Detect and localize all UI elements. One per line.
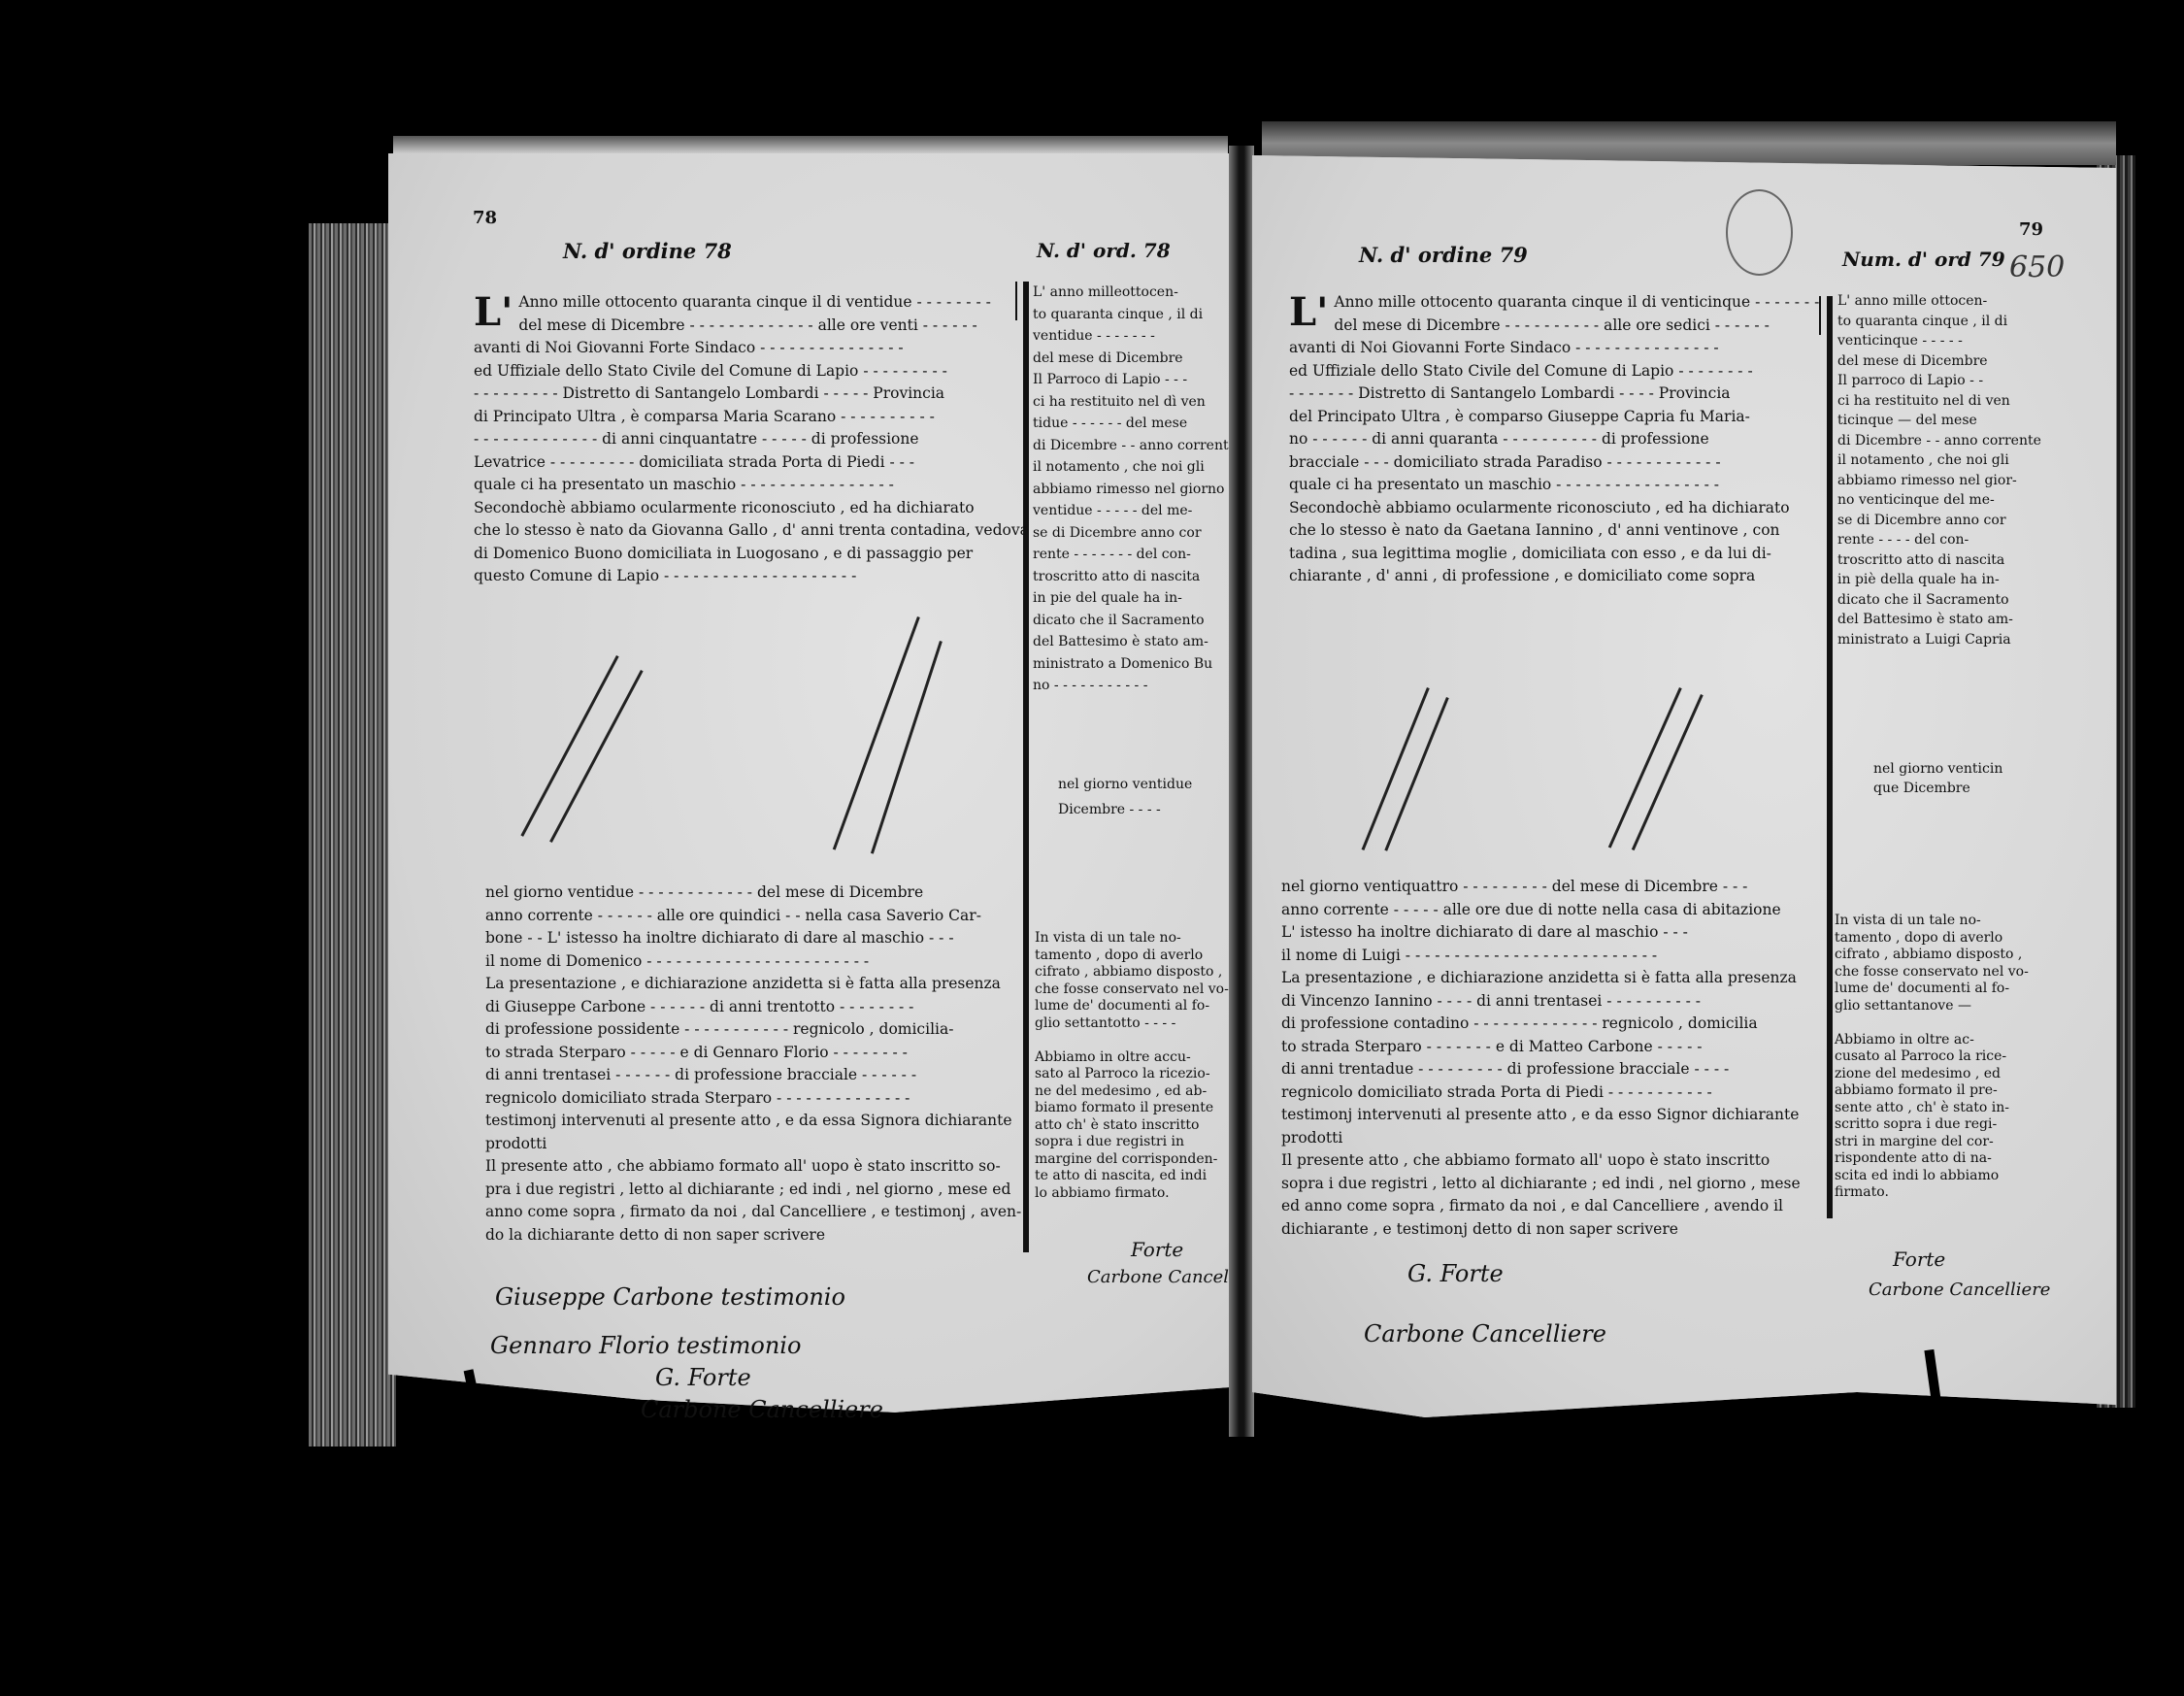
left-margin-signature-forte: Forte	[1131, 1238, 1183, 1261]
text-line: to quaranta cinque , il di	[1033, 304, 1237, 326]
signature-chancellor: Carbone Cancelliere	[641, 1396, 883, 1423]
right-margin-closing-lines: In vista di un tale no-tamento , dopo di…	[1835, 913, 2029, 1202]
text-line: del Battesimo è stato am-	[1837, 610, 2032, 630]
text-line: glio settantotto - - - -	[1035, 1015, 1239, 1033]
text-line: ci ha restituito nel dì ven	[1033, 391, 1237, 414]
text-line: In vista di un tale no-	[1035, 930, 1239, 948]
text-line: lume de' documenti al fo-	[1035, 998, 1239, 1015]
text-line	[1835, 1014, 2029, 1032]
text-line: chiarante , d' anni , di professione , e…	[1289, 565, 1823, 588]
text-line: ed Uffiziale dello Stato Civile del Comu…	[474, 360, 1017, 383]
stamp-mark	[1726, 189, 1793, 276]
text-line: ticinque — del mese	[1837, 411, 2032, 431]
text-line: ne del medesimo , ed ab-	[1035, 1083, 1239, 1101]
text-line: del mese di Dicembre - - - - - - - - - -…	[474, 315, 1017, 338]
text-line: di Giuseppe Carbone - - - - - - di anni …	[485, 996, 1029, 1019]
left-margin-header: N. d' ord. 78	[1037, 239, 1171, 262]
text-line: no - - - - - - di anni quaranta - - - - …	[1289, 428, 1823, 451]
text-line: Il parroco di Lapio - -	[1837, 371, 2032, 391]
text-line: di anni trentasei - - - - - - di profess…	[485, 1064, 1029, 1087]
right-margin-baptism-lines: nel giorno venticinque Dicembre	[1873, 759, 2038, 798]
text-line: il nome di Luigi - - - - - - - - - - - -…	[1281, 945, 1825, 968]
text-line: che fosse conservato nel vo-	[1035, 981, 1239, 999]
text-line: lume de' documenti al fo-	[1835, 981, 2029, 998]
text-line: sopra i due registri , letto al dichiara…	[1281, 1173, 1825, 1196]
text-line: - - - - - - - - - Distretto di Santangel…	[474, 382, 1017, 406]
text-line: di Dicembre - - anno corrente	[1837, 431, 2032, 451]
left-margin-lines: L' anno milleottocen-to quaranta cinque …	[1033, 282, 1237, 697]
left-page-number: 78	[473, 208, 497, 228]
right-main-act-lines: Anno mille ottocento quaranta cinque il …	[1289, 291, 1823, 588]
text-line: questo Comune di Lapio - - - - - - - - -…	[474, 565, 1017, 588]
text-line: di Vincenzo Iannino - - - - di anni tren…	[1281, 990, 1825, 1014]
text-line: La presentazione , e dichiarazione anzid…	[1281, 967, 1825, 990]
left-main-act-continued: nel giorno ventidue - - - - - - - - - - …	[485, 881, 1029, 1247]
text-line: pra i due registri , letto al dichiarant…	[485, 1179, 1029, 1202]
text-line: nel giorno venticin	[1873, 759, 2038, 779]
text-line: margine del corrisponden-	[1035, 1151, 1239, 1169]
text-line: que Dicembre	[1873, 779, 2038, 798]
text-line: abbiamo formato il pre-	[1835, 1082, 2029, 1100]
text-line: regnicolo domiciliato strada Porta di Pi…	[1281, 1081, 1825, 1105]
right-main-act: L' Anno mille ottocento quaranta cinque …	[1289, 291, 1823, 588]
text-line: do la dichiarante detto di non saper scr…	[485, 1224, 1029, 1247]
text-line: abbiamo rimesso nel gior-	[1837, 471, 2032, 491]
text-line: dicato che il Sacramento	[1033, 610, 1237, 632]
text-line: Il Parroco di Lapio - - -	[1033, 369, 1237, 391]
text-line: glio settantanove —	[1835, 998, 2029, 1015]
signature-witness-1: Giuseppe Carbone testimonio	[495, 1283, 845, 1311]
text-line: Secondochè abbiamo ocularmente riconosci…	[1289, 497, 1823, 520]
signature-mayor: G. Forte	[1407, 1260, 1504, 1287]
signature-mayor: G. Forte	[655, 1364, 751, 1391]
text-line: L' istesso ha inoltre dichiarato di dare…	[1281, 921, 1825, 945]
text-line: se di Dicembre anno cor	[1033, 522, 1237, 545]
text-line: to strada Sterparo - - - - - e di Gennar…	[485, 1042, 1029, 1065]
text-line: ed Uffiziale dello Stato Civile del Comu…	[1289, 360, 1823, 383]
left-margin-note: L' anno milleottocen-to quaranta cinque …	[1033, 282, 1237, 697]
text-line: Anno mille ottocento quaranta cinque il …	[474, 291, 1017, 315]
text-line: prodotti	[485, 1133, 1029, 1156]
text-line: Anno mille ottocento quaranta cinque il …	[1289, 291, 1823, 315]
text-line: bracciale - - - domiciliato strada Parad…	[1289, 451, 1823, 475]
text-line: il notamento , che noi gli	[1837, 450, 2032, 471]
text-line: firmato.	[1835, 1184, 2029, 1202]
text-line: il nome di Domenico - - - - - - - - - - …	[485, 950, 1029, 974]
left-margin-baptism: nel giorno ventidueDicembre - - - -	[1058, 772, 1242, 822]
page-stack-left	[309, 223, 396, 1447]
text-line: ventidue - - - - - del me-	[1033, 500, 1237, 522]
right-margin-closing: In vista di un tale no-tamento , dopo di…	[1835, 913, 2029, 1202]
text-line: rente - - - - - - - del con-	[1033, 544, 1237, 566]
text-line: stri in margine del cor-	[1835, 1134, 2029, 1151]
text-line: Dicembre - - - -	[1058, 797, 1242, 822]
text-line: dicato che il Sacramento	[1837, 590, 2032, 611]
text-line: anno come sopra , firmato da noi , dal C…	[485, 1201, 1029, 1224]
left-margin-closing-lines: In vista di un tale no-tamento , dopo di…	[1035, 930, 1239, 1202]
left-main-act: L' Anno mille ottocento quaranta cinque …	[474, 291, 1017, 588]
text-line: avanti di Noi Giovanni Forte Sindaco - -…	[474, 337, 1017, 360]
text-line: ci ha restituito nel di ven	[1837, 391, 2032, 412]
text-line: rispondente atto di na-	[1835, 1150, 2029, 1168]
signature-chancellor: Carbone Cancelliere	[1364, 1320, 1606, 1347]
text-line: in piè della quale ha in-	[1837, 570, 2032, 590]
text-line: Abbiamo in oltre ac-	[1835, 1032, 2029, 1049]
text-line: di Domenico Buono domiciliata in Luogosa…	[474, 543, 1017, 566]
text-line: ed anno come sopra , firmato da noi , e …	[1281, 1195, 1825, 1218]
text-line: abbiamo rimesso nel giorno	[1033, 479, 1237, 501]
text-line: del Principato Ultra , è comparso Giusep…	[1289, 406, 1823, 429]
text-line: di Principato Ultra , è comparsa Maria S…	[474, 406, 1017, 429]
text-line: sopra i due registri in	[1035, 1134, 1239, 1151]
text-line: Abbiamo in oltre accu-	[1035, 1049, 1239, 1067]
text-line: lo abbiamo firmato.	[1035, 1185, 1239, 1203]
right-act-header: N. d' ordine 79	[1359, 243, 1528, 267]
text-line: tamento , dopo di averlo	[1835, 930, 2029, 948]
text-line: ventidue - - - - - - -	[1033, 325, 1237, 348]
right-margin-signature-forte: Forte	[1893, 1247, 1945, 1271]
text-line: Il presente atto , che abbiamo formato a…	[485, 1155, 1029, 1179]
text-line: Levatrice - - - - - - - - - domiciliata …	[474, 451, 1017, 475]
text-line: del mese di Dicembre - - - - - - - - - -…	[1289, 315, 1823, 338]
text-line: cusato al Parroco la rice-	[1835, 1048, 2029, 1066]
book-gutter	[1229, 146, 1254, 1437]
text-line: di Dicembre - - anno corrente	[1033, 435, 1237, 457]
left-act-continued-lines: nel giorno ventidue - - - - - - - - - - …	[485, 881, 1029, 1247]
text-line: In vista di un tale no-	[1835, 913, 2029, 930]
text-line: tadina , sua legittima moglie , domicili…	[1289, 543, 1823, 566]
text-line: testimonj intervenuti al presente atto ,…	[1281, 1104, 1825, 1127]
text-line: che lo stesso è nato da Giovanna Gallo ,…	[474, 519, 1017, 543]
text-line: sente atto , ch' è stato in-	[1835, 1100, 2029, 1117]
text-line: regnicolo domiciliato strada Sterparo - …	[485, 1087, 1029, 1111]
drop-cap: L'	[474, 295, 513, 330]
text-line: del mese di Dicembre	[1837, 351, 2032, 372]
text-line: di professione possidente - - - - - - - …	[485, 1018, 1029, 1042]
text-line: to strada Sterparo - - - - - - - e di Ma…	[1281, 1036, 1825, 1059]
text-line: venticinque - - - - -	[1837, 331, 2032, 351]
drop-cap: L'	[1289, 295, 1328, 330]
text-line: quale ci ha presentato un maschio - - - …	[1289, 474, 1823, 497]
text-line: troscritto atto di nascita	[1033, 566, 1237, 588]
left-main-act-lines: Anno mille ottocento quaranta cinque il …	[474, 291, 1017, 588]
text-line: scritto sopra i due regi-	[1835, 1116, 2029, 1134]
open-register-book: 78 N. d' ordine 78 N. d' ord. 78 L' Anno…	[0, 0, 2184, 1696]
text-line: anno corrente - - - - - alle ore due di …	[1281, 899, 1825, 922]
text-line: atto ch' è stato inscritto	[1035, 1117, 1239, 1135]
text-line: Secondochè abbiamo ocularmente riconosci…	[474, 497, 1017, 520]
text-line: tamento , dopo di averlo	[1035, 948, 1239, 965]
text-line: L' anno mille ottocen-	[1837, 291, 2032, 312]
text-line: Il presente atto , che abbiamo formato a…	[1281, 1149, 1825, 1173]
text-line: testimonj intervenuti al presente atto ,…	[485, 1110, 1029, 1133]
text-line: rente - - - - del con-	[1837, 530, 2032, 550]
text-line: La presentazione , e dichiarazione anzid…	[485, 973, 1029, 996]
text-line	[1035, 1032, 1239, 1049]
text-line: no venticinque del me-	[1837, 490, 2032, 511]
text-line: tidue - - - - - - del mese	[1033, 413, 1237, 435]
text-line: biamo formato il presente	[1035, 1100, 1239, 1117]
text-line: - - - - - - - Distretto di Santangelo Lo…	[1289, 382, 1823, 406]
text-line: troscritto atto di nascita	[1837, 550, 2032, 571]
text-line: ministrato a Luigi Capria	[1837, 630, 2032, 650]
text-line: in pie del quale ha in-	[1033, 587, 1237, 610]
text-line: che fosse conservato nel vo-	[1835, 964, 2029, 981]
right-margin-lines: L' anno mille ottocen-to quaranta cinque…	[1837, 291, 2032, 649]
text-line: di professione contadino - - - - - - - -…	[1281, 1013, 1825, 1036]
text-line: che lo stesso è nato da Gaetana Iannino …	[1289, 519, 1823, 543]
text-line: scita ed indi lo abbiamo	[1835, 1168, 2029, 1185]
text-line: no - - - - - - - - - - -	[1033, 675, 1237, 697]
text-line: dichiarante , e testimonj detto di non s…	[1281, 1218, 1825, 1242]
text-line: nel giorno ventidue - - - - - - - - - - …	[485, 881, 1029, 905]
right-margin-signature-chancellor: Carbone Cancelliere	[1869, 1280, 2050, 1300]
text-line: il notamento , che noi gli	[1033, 456, 1237, 479]
folio-number: 650	[2009, 250, 2065, 284]
text-line: to quaranta cinque , il di	[1837, 312, 2032, 332]
text-line: anno corrente - - - - - - alle ore quind…	[485, 905, 1029, 928]
text-line: nel giorno ventiquattro - - - - - - - - …	[1281, 876, 1825, 899]
book-clip-left	[464, 1369, 498, 1484]
text-line: te atto di nascita, ed indi	[1035, 1168, 1239, 1185]
left-margin-closing: In vista di un tale no-tamento , dopo di…	[1035, 930, 1239, 1202]
left-act-header: N. d' ordine 78	[563, 239, 732, 263]
text-line: ministrato a Domenico Bu	[1033, 653, 1237, 676]
text-line: nel giorno ventidue	[1058, 772, 1242, 797]
text-line: cifrato , abbiamo disposto ,	[1835, 947, 2029, 964]
text-line: quale ci ha presentato un maschio - - - …	[474, 474, 1017, 497]
text-line: del mese di Dicembre	[1033, 348, 1237, 370]
right-margin-header: Num. d' ord 79	[1842, 248, 2005, 271]
left-margin-baptism-lines: nel giorno ventidueDicembre - - - -	[1058, 772, 1242, 822]
text-line: di anni trentadue - - - - - - - - - di p…	[1281, 1058, 1825, 1081]
text-line: avanti di Noi Giovanni Forte Sindaco - -…	[1289, 337, 1823, 360]
right-margin-baptism: nel giorno venticinque Dicembre	[1873, 759, 2038, 798]
right-margin-note: L' anno mille ottocen-to quaranta cinque…	[1837, 291, 2032, 649]
text-line: sato al Parroco la ricezio-	[1035, 1066, 1239, 1083]
text-line: - - - - - - - - - - - - - di anni cinqua…	[474, 428, 1017, 451]
right-main-act-continued: nel giorno ventiquattro - - - - - - - - …	[1281, 876, 1825, 1241]
text-line: L' anno milleottocen-	[1033, 282, 1237, 304]
right-column-rule	[1827, 296, 1833, 1218]
text-line: del Battesimo è stato am-	[1033, 631, 1237, 653]
signature-witness-2: Gennaro Florio testimonio	[490, 1332, 801, 1359]
text-line: se di Dicembre anno cor	[1837, 511, 2032, 531]
right-page-number: 79	[2019, 219, 2043, 240]
text-line: cifrato , abbiamo disposto ,	[1035, 964, 1239, 981]
text-line: prodotti	[1281, 1127, 1825, 1150]
text-line: bone - - L' istesso ha inoltre dichiarat…	[485, 927, 1029, 950]
right-act-continued-lines: nel giorno ventiquattro - - - - - - - - …	[1281, 876, 1825, 1241]
text-line: zione del medesimo , ed	[1835, 1066, 2029, 1083]
